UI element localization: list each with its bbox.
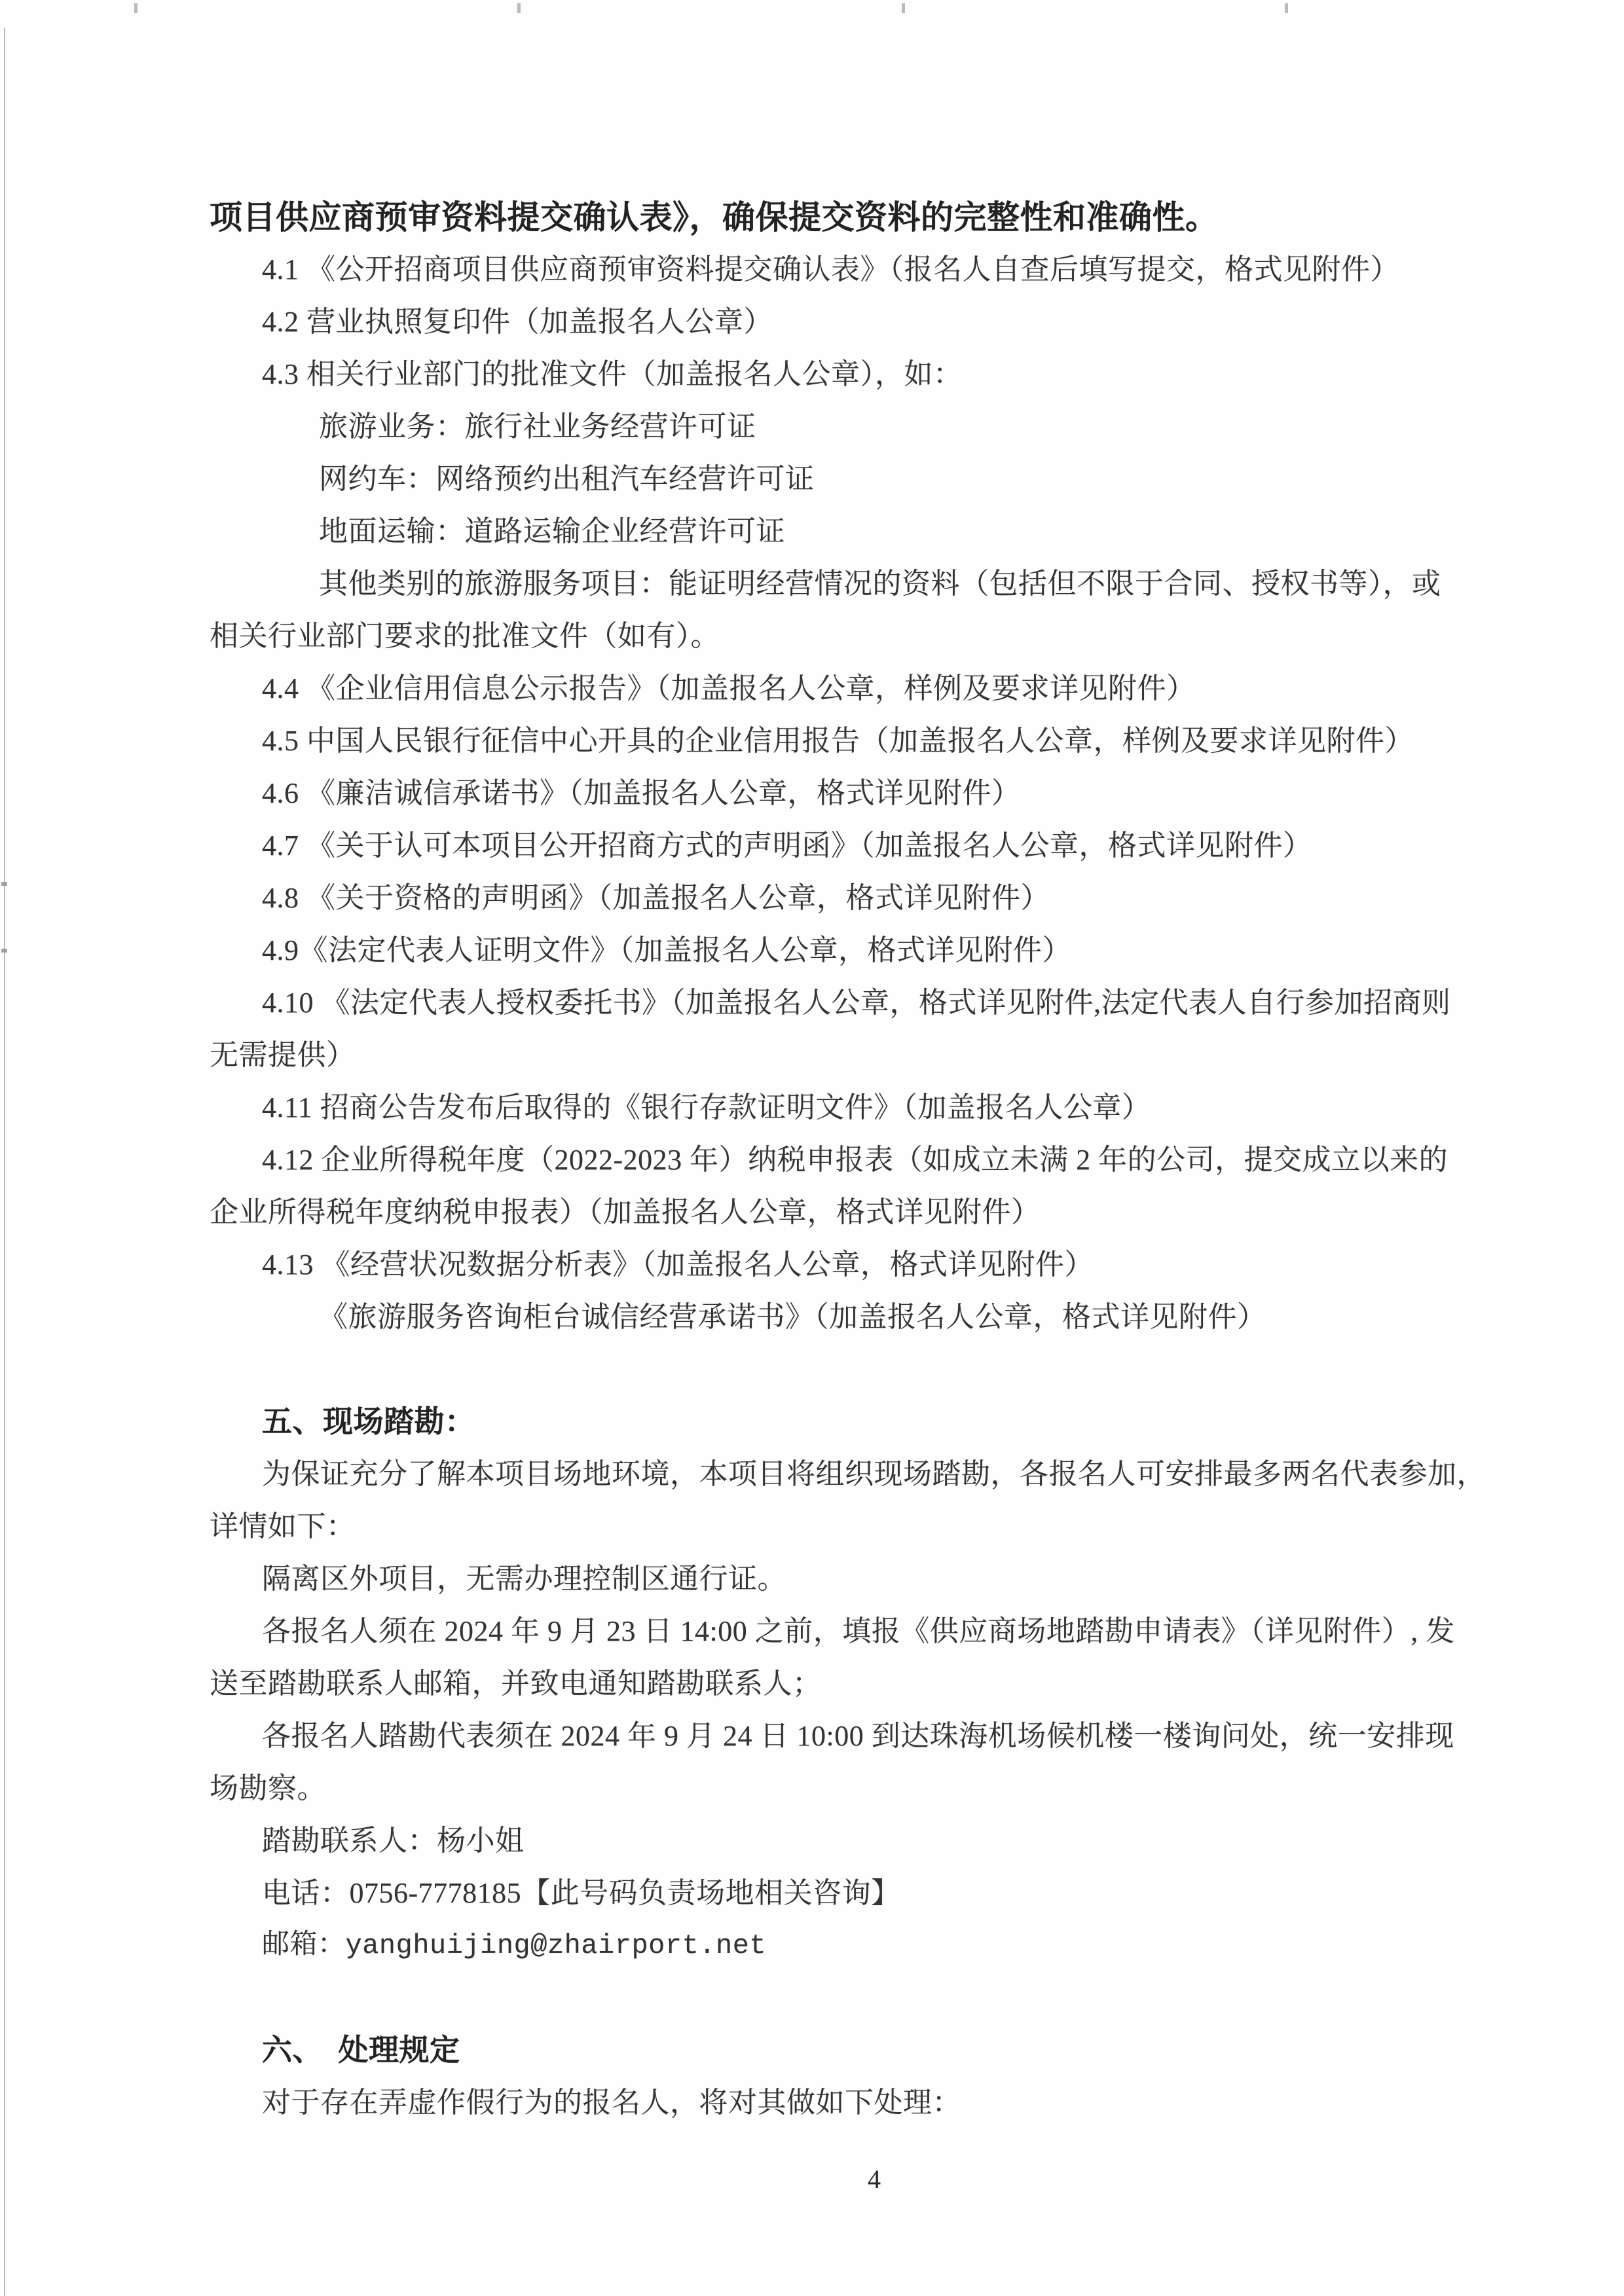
- scan-artifact-tick: [1, 949, 7, 953]
- text-line: 无需提供）: [210, 1029, 1454, 1082]
- text-line: 4.4 《企业信用信息公示报告》（加盖报名人公章，样例及要求详见附件）: [262, 663, 1454, 715]
- document-page: 项目供应商预审资料提交确认表》，确保提交资料的完整性和准确性。4.1 《公开招商…: [0, 0, 1624, 2296]
- text-line: 电话：0756-7778185【此号码负责场地相关咨询】: [262, 1867, 1454, 1920]
- text-line: 场勘察。: [210, 1762, 1454, 1815]
- scan-artifact-speck: [134, 3, 138, 13]
- text-line: 踏勘联系人：杨小姐: [262, 1815, 1454, 1867]
- scan-artifact-speck: [517, 3, 521, 13]
- text-line: 4.13 《经营状况数据分析表》（加盖报名人公章，格式详见附件）: [262, 1239, 1454, 1291]
- text-line: 旅游业务：旅行社业务经营许可证: [319, 401, 1454, 453]
- text-line: 4.9《法定代表人证明文件》（加盖报名人公章，格式详见附件）: [262, 924, 1454, 977]
- text-line: 4.5 中国人民银行征信中心开具的企业信用报告（加盖报名人公章，样例及要求详见附…: [262, 715, 1454, 767]
- text-line: 项目供应商预审资料提交确认表》，确保提交资料的完整性和准确性。: [210, 191, 1454, 244]
- text-line: 为保证充分了解本项目场地环境，本项目将组织现场踏勘，各报名人可安排最多两名代表参…: [262, 1448, 1454, 1501]
- text-line: 送至踏勘联系人邮箱，并致电通知踏勘联系人；: [210, 1658, 1454, 1710]
- text-line: 4.10 《法定代表人授权委托书》（加盖报名人公章，格式详见附件,法定代表人自行…: [262, 977, 1454, 1029]
- blank-line: [210, 1343, 1454, 1396]
- text-line: 4.3 相关行业部门的批准文件（加盖报名人公章），如：: [262, 348, 1454, 401]
- text-line: 4.11 招商公告发布后取得的《银行存款证明文件》（加盖报名人公章）: [262, 1082, 1454, 1134]
- text-line: 对于存在弄虚作假行为的报名人，将对其做如下处理：: [262, 2077, 1454, 2129]
- page-number: 4: [851, 2158, 897, 2201]
- text-line: 企业所得税年度纳税申报表）（加盖报名人公章，格式详见附件）: [210, 1186, 1454, 1239]
- text-line: 其他类别的旅游服务项目：能证明经营情况的资料（包括但不限于合同、授权书等），或: [319, 558, 1454, 610]
- text-line: 4.6 《廉洁诚信承诺书》（加盖报名人公章，格式详见附件）: [262, 767, 1454, 820]
- text-line: 详情如下：: [210, 1501, 1454, 1553]
- scan-artifact-tick: [1, 882, 7, 886]
- blank-line: [210, 1972, 1454, 2024]
- text-line: 隔离区外项目，无需办理控制区通行证。: [262, 1553, 1454, 1605]
- text-line: 《旅游服务咨询柜台诚信经营承诺书》（加盖报名人公章，格式详见附件）: [319, 1291, 1454, 1343]
- document-body: 项目供应商预审资料提交确认表》，确保提交资料的完整性和准确性。4.1 《公开招商…: [210, 191, 1454, 2129]
- text-line: 邮箱：yanghuijing@zhairport.net: [262, 1920, 1454, 1972]
- text-line: 地面运输：道路运输企业经营许可证: [319, 505, 1454, 558]
- text-line: 六、 处理规定: [262, 2024, 1454, 2077]
- text-line: 4.2 营业执照复印件（加盖报名人公章）: [262, 296, 1454, 348]
- text-line: 相关行业部门要求的批准文件（如有）。: [210, 610, 1454, 663]
- text-line: 五、现场踏勘：: [262, 1396, 1454, 1448]
- text-line: 4.12 企业所得税年度（2022-2023 年）纳税申报表（如成立未满 2 年…: [262, 1134, 1454, 1186]
- text-line: 各报名人须在 2024 年 9 月 23 日 14:00 之前，填报《供应商场地…: [262, 1605, 1454, 1658]
- text-line: 网约车：网络预约出租汽车经营许可证: [319, 453, 1454, 505]
- text-line: 各报名人踏勘代表须在 2024 年 9 月 24 日 10:00 到达珠海机场候…: [262, 1710, 1454, 1762]
- scan-artifact-edge-line: [4, 27, 5, 2296]
- scan-artifact-speck: [1285, 3, 1288, 13]
- text-line: 4.1 《公开招商项目供应商预审资料提交确认表》（报名人自查后填写提交，格式见附…: [262, 244, 1454, 296]
- text-line: 4.7 《关于认可本项目公开招商方式的声明函》（加盖报名人公章，格式详见附件）: [262, 820, 1454, 872]
- text-line: 4.8 《关于资格的声明函》（加盖报名人公章，格式详见附件）: [262, 872, 1454, 924]
- scan-artifact-speck: [902, 3, 905, 13]
